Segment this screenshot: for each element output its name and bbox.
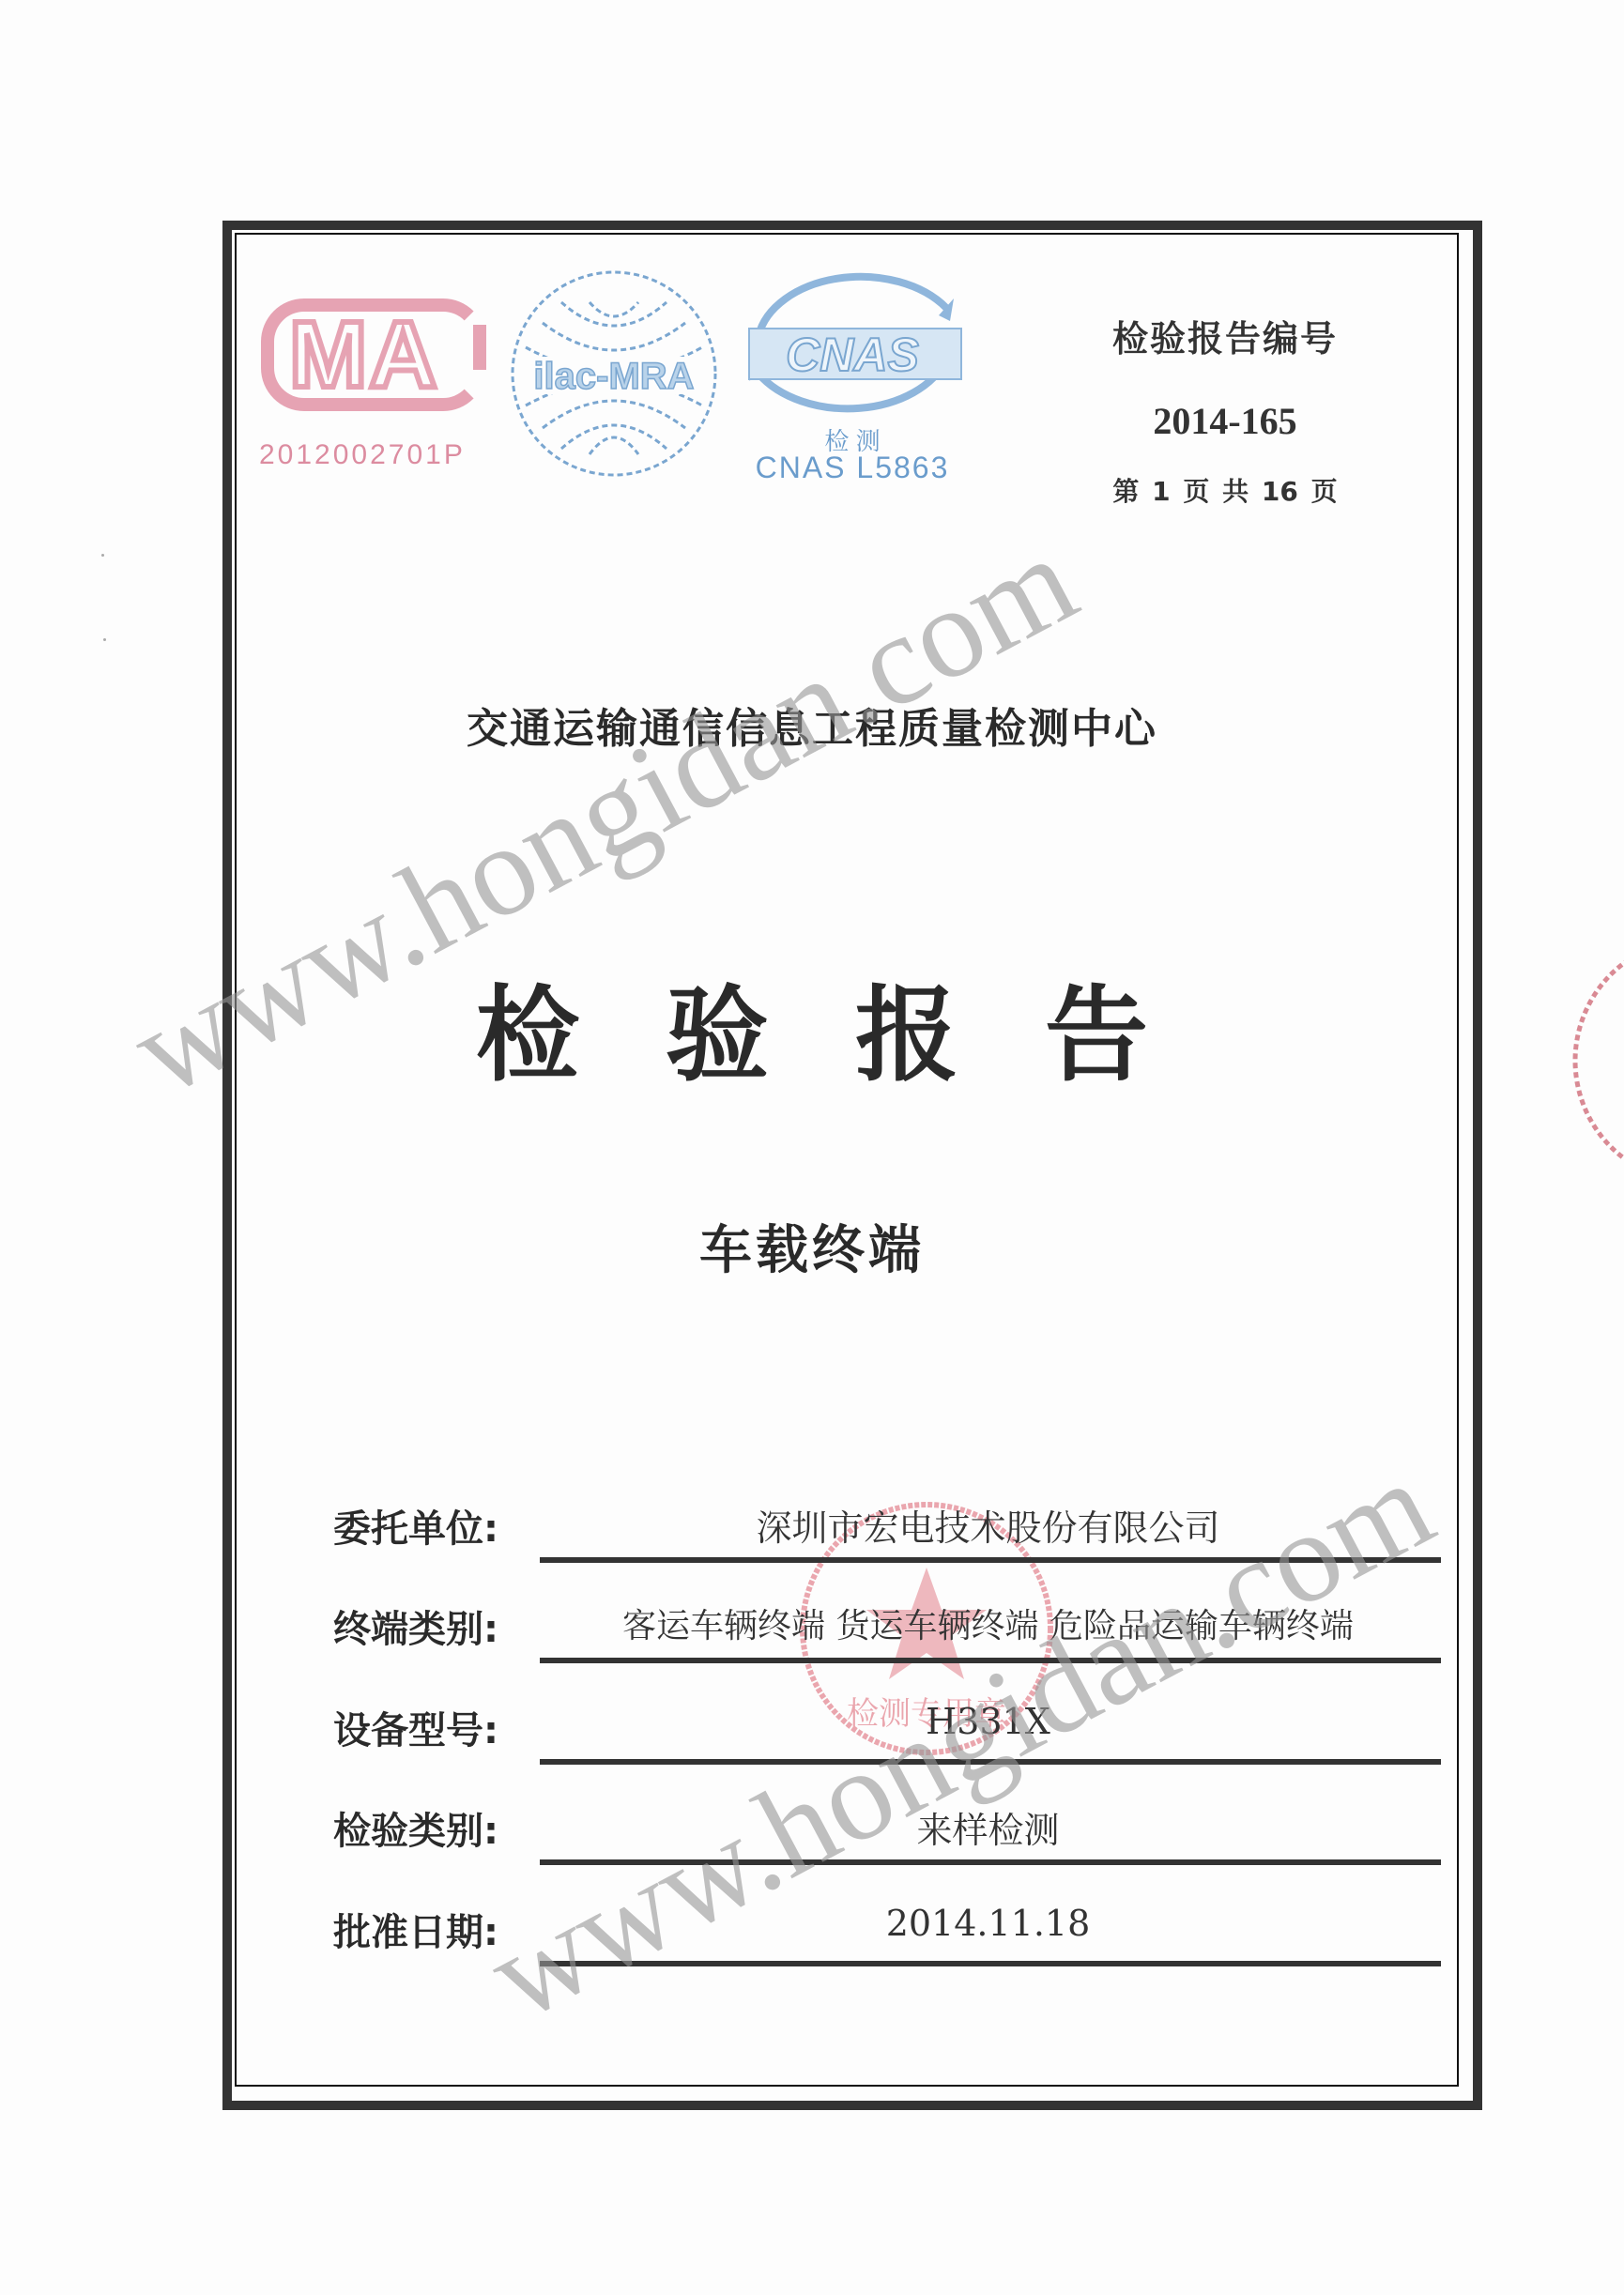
edge-seal — [1547, 920, 1624, 1201]
field-label: 终端类别: — [333, 1599, 498, 1653]
report-number-block: 检验报告编号 2014-165 第 1 页 共 16 页 — [1070, 310, 1380, 509]
cma-letters: MA — [289, 303, 439, 406]
svg-text:CNAS: CNAS — [786, 329, 919, 381]
report-number-value: 2014-165 — [1070, 399, 1380, 443]
cma-logo: MA 2012002701P — [252, 298, 486, 486]
cnas-ring-icon: CNAS — [740, 270, 965, 430]
svg-text:ilac-MRA: ilac-MRA — [533, 356, 694, 397]
ilac-mra-logo: ilac-MRA — [505, 265, 723, 482]
field-label: 委托单位: — [333, 1499, 498, 1553]
page-info: 第 1 页 共 16 页 — [1070, 471, 1380, 509]
field-label: 设备型号: — [333, 1701, 498, 1754]
partial-seal-icon — [1547, 920, 1624, 1201]
cnas-logo: CNAS 检 测 CNAS L5863 — [740, 270, 965, 496]
scan-speck — [101, 554, 104, 557]
field-label: 检验类别: — [333, 1801, 498, 1855]
cma-code: 2012002701P — [259, 439, 466, 471]
scan-speck — [103, 638, 106, 641]
document-subtitle: 车载终端 — [0, 1209, 1624, 1284]
report-number-label: 检验报告编号 — [1070, 310, 1380, 361]
ilac-globe-icon: ilac-MRA — [505, 265, 723, 482]
cnas-code: CNAS L5863 — [740, 451, 965, 485]
